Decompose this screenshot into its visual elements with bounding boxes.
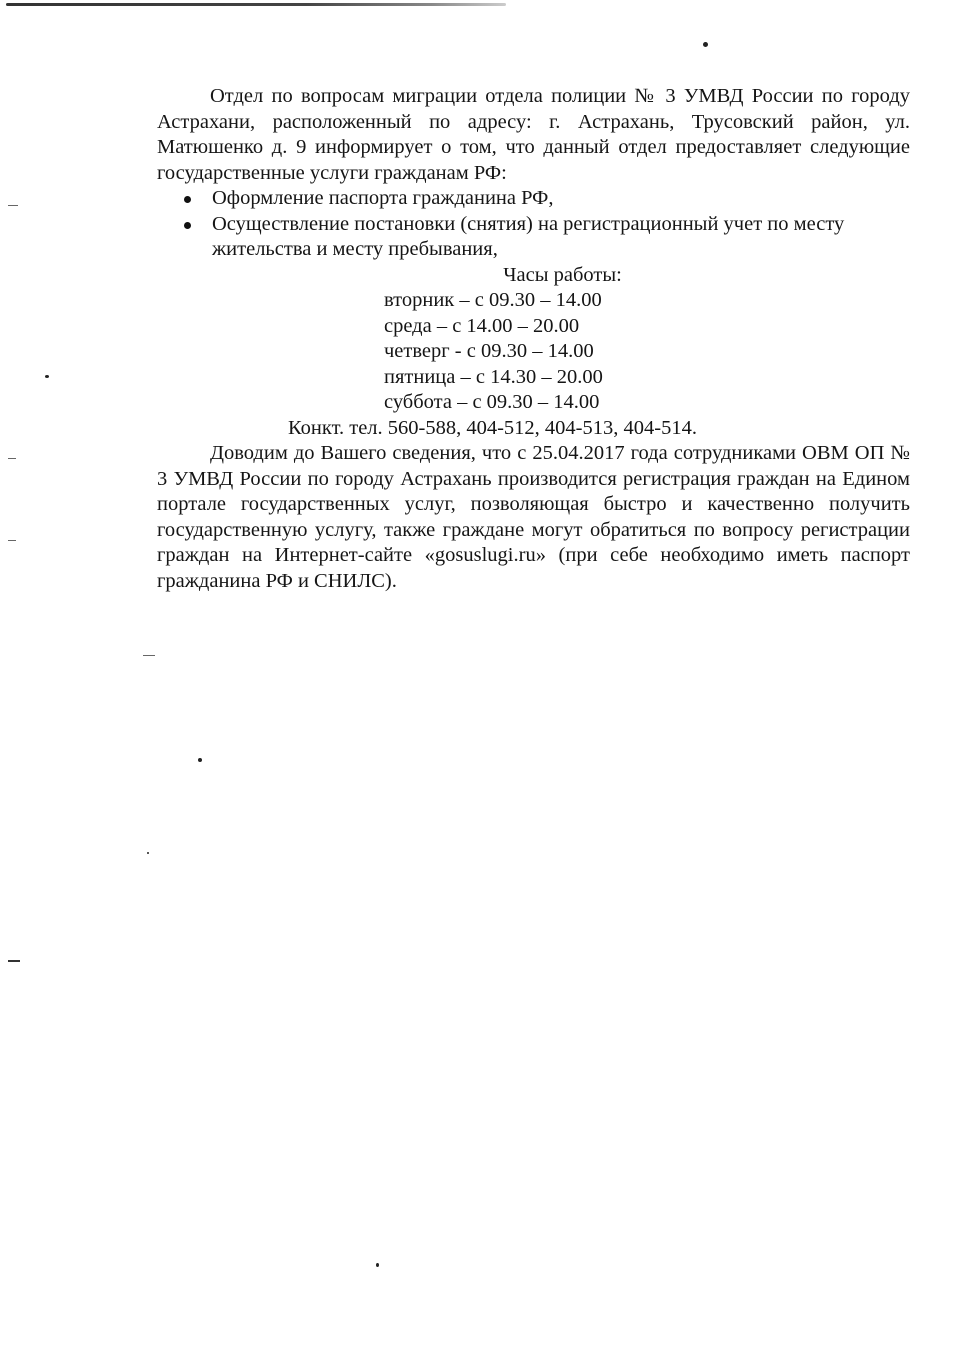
scan-speck [198,758,202,762]
hours-heading: Часы работы: [157,263,910,289]
service-item: Оформление паспорта гражданина РФ, [157,186,910,212]
scan-mark [8,960,20,962]
scan-speck [147,852,149,854]
scan-speck [45,375,49,378]
notice-paragraph: Доводим до Вашего сведения, что с 25.04.… [157,441,910,594]
intro-paragraph: Отдел по вопросам миграции отдела полици… [157,84,910,186]
scan-mark [8,458,16,459]
hours-row: четверг - с 09.30 – 14.00 [384,339,910,365]
hours-row: вторник – с 09.30 – 14.00 [384,288,910,314]
hours-row: суббота – с 09.30 – 14.00 [384,390,910,416]
document-body: Отдел по вопросам миграции отдела полици… [157,84,910,594]
hours-heading-text: Часы работы: [503,263,622,289]
scan-speck [376,1263,379,1267]
service-item: Осуществление постановки (снятия) на рег… [157,212,910,263]
hours-row: среда – с 14.00 – 20.00 [384,314,910,340]
scanned-page: Отдел по вопросам миграции отдела полици… [0,0,960,1350]
services-list: Оформление паспорта гражданина РФ, Осуще… [157,186,910,263]
scan-edge-line [6,3,506,6]
hours-row: пятница – с 14.30 – 20.00 [384,365,910,391]
contact-phones: Конкт. тел. 560-588, 404-512, 404-513, 4… [288,416,910,442]
scan-mark [143,655,155,656]
scan-mark [8,540,16,541]
scan-mark [8,205,18,206]
working-hours-list: вторник – с 09.30 – 14.00 среда – с 14.0… [384,288,910,416]
scan-speck [703,42,708,47]
